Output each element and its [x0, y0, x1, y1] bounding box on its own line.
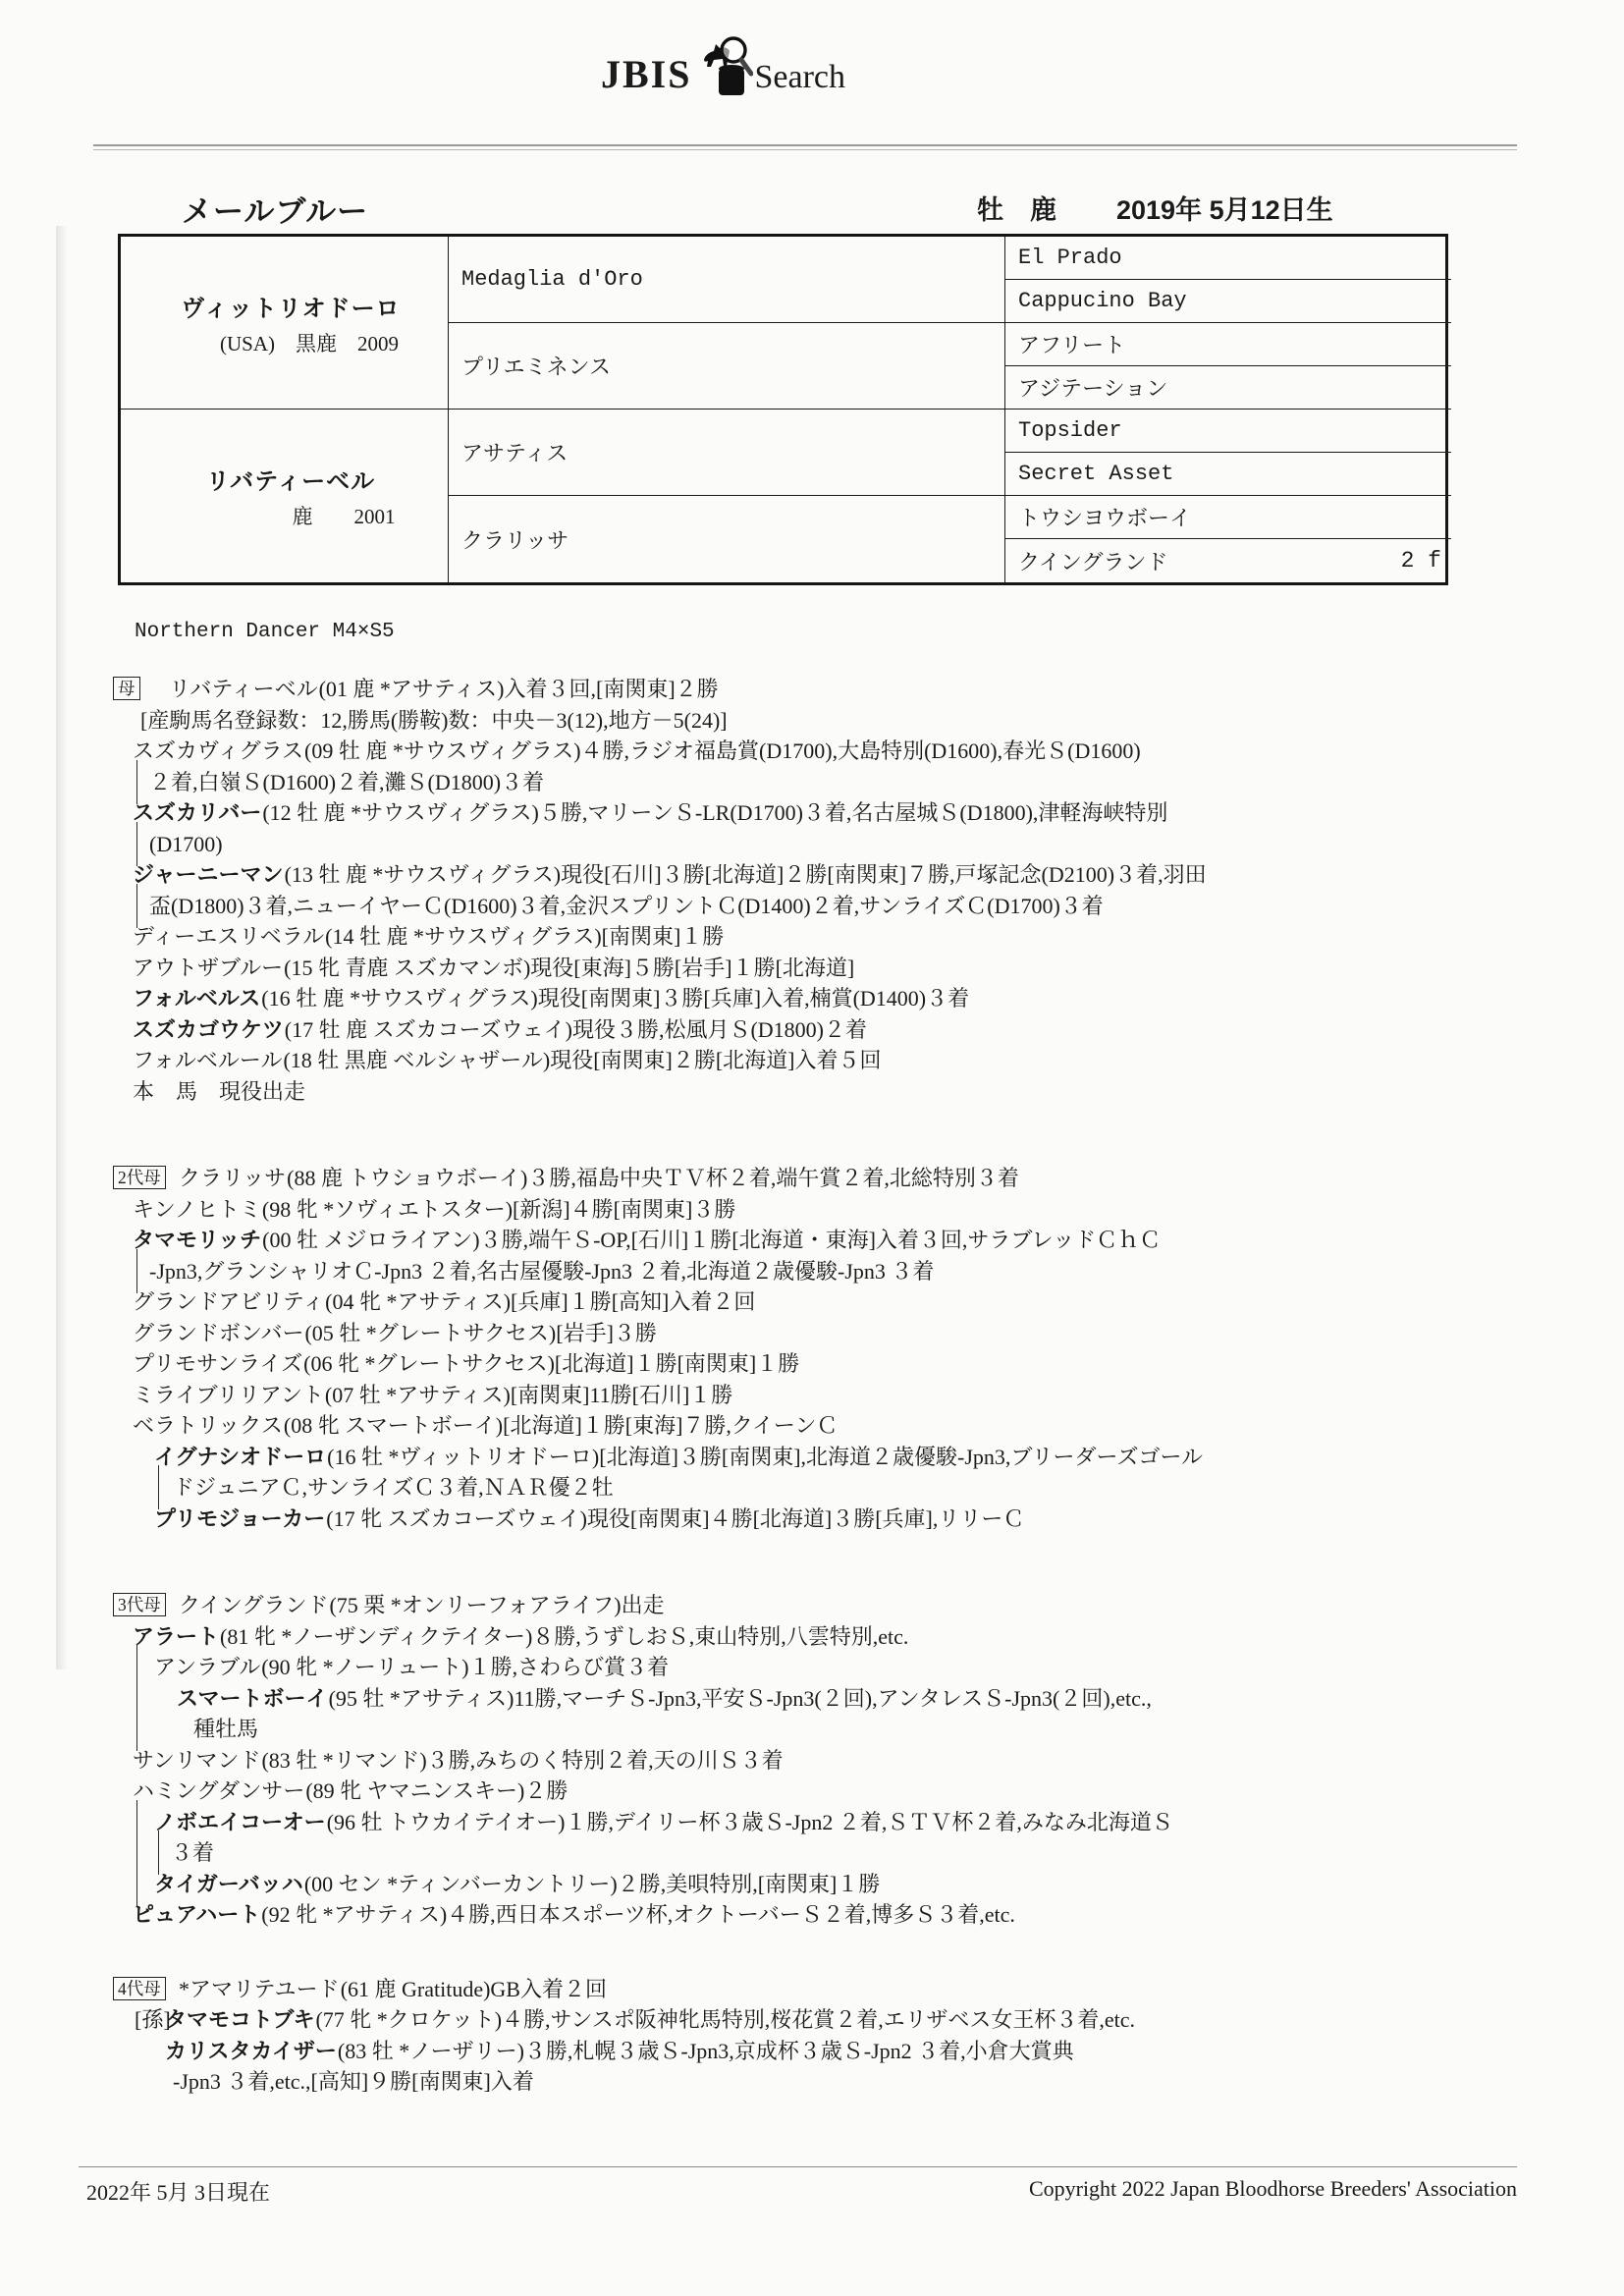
pedigree-section: 母リバティーベル(01 鹿 *アサティス)入着３回,[南関東]２勝[産駒馬名登録… [113, 674, 1605, 1107]
pedigree-section: 2代母クラリッサ(88 鹿 トウショウボーイ)３勝,福島中央ＴＶ杯２着,端午賞２… [113, 1163, 1605, 1534]
as-of-date: 2022年 5月 3日現在 [86, 2176, 270, 2207]
pedigree-line: (D1700) [113, 829, 1605, 860]
race-record: (00 牡 メジロライアン)３勝,端午Ｓ-OP,[石川]１勝[北海道・東海]入着… [262, 1228, 1161, 1252]
pedigree-line: ベラトリックス(08 牝 スマートボーイ)[北海道]１勝[東海]７勝,クイーンＣ [113, 1410, 1605, 1442]
record-continuation: -Jpn3,グランシャリオＣ-Jpn3 ２着,名古屋優駿-Jpn3 ２着,北海道… [149, 1259, 934, 1284]
dam-sire-dam-cell: Secret Asset [1004, 453, 1451, 496]
horse-name: ハミングダンサー [133, 1778, 304, 1803]
race-record: (61 鹿 Gratitude)GB入着２回 [341, 1977, 607, 2001]
pedigree-line: 本 馬 現役出走 [113, 1076, 1605, 1108]
race-record: (13 牡 鹿 *サウスヴィグラス)現役[石川]３勝[北海道]２勝[南関東]７勝… [285, 862, 1207, 887]
horse-name: スマートボーイ [177, 1686, 328, 1711]
pedigree-line: ピュアハート(92 牝 *アサティス)４勝,西日本スポーツ杯,オクトーバーＳ２着… [113, 1899, 1605, 1931]
horse-name: キンノヒトミ [133, 1197, 261, 1222]
record-continuation: 本 馬 現役出走 [133, 1079, 305, 1104]
pedigree-line: ディーエスリベラル(14 牡 鹿 *サウスヴィグラス)[南関東]１勝 [113, 921, 1605, 953]
inbreeding-note: Northern Dancer M4×S5 [135, 621, 395, 643]
record-continuation: [産駒馬名登録数：12,勝馬(勝鞍)数：中央－3(12),地方－5(24)] [140, 708, 728, 733]
grandchild-label: [孫] [135, 2004, 171, 2036]
horse-name: プリモサンライズ [133, 1351, 302, 1376]
pedigree-line: スズカリバー(12 牡 鹿 *サウスヴィグラス)５勝,マリーンＳ-LR(D170… [113, 797, 1605, 829]
sire-sire-sire-cell: El Prado [1004, 237, 1451, 280]
race-record: (07 牡 *アサティス)[南関東]11勝[石川]１勝 [325, 1383, 732, 1407]
race-record: (08 牝 スマートボーイ)[北海道]１勝[東海]７勝,クイーンＣ [284, 1413, 838, 1438]
pedigree-section: 3代母クイングランド(75 栗 *オンリーフォアライフ)出走アラート(81 牝 … [113, 1590, 1605, 1931]
race-record: (95 牡 *アサティス)11勝,マーチＳ-Jpn3,平安Ｓ-Jpn3(２回),… [329, 1686, 1152, 1711]
birth-date-label: 2019年 5月12日生 [1116, 189, 1333, 227]
horse-name: アラート [133, 1624, 219, 1649]
logo-text-jbis: JBIS [601, 55, 692, 96]
sire-cell: ヴィットリオドーロ (USA) 黒鹿 2009 [121, 237, 448, 410]
horse-name: プリモジョーカー [154, 1506, 325, 1531]
horse-name: イグナシオドーロ [154, 1445, 326, 1469]
horse-name: ディーエスリベラル [133, 924, 324, 949]
pedigree-line: ハミングダンサー(89 牝 ヤマニンスキー)２勝 [113, 1776, 1605, 1807]
pedigree-line: 母リバティーベル(01 鹿 *アサティス)入着３回,[南関東]２勝 [113, 674, 1605, 705]
sire-dam-dam-cell: アジテーション [1004, 366, 1451, 410]
horse-name: タマモコトブキ [165, 2007, 314, 2032]
pedigree-line: イグナシオドーロ(16 牡 *ヴィットリオドーロ)[北海道]３勝[南関東],北海… [113, 1442, 1605, 1473]
race-record: (15 牝 青鹿 スズカマンボ)現役[東海]５勝[岩手]１勝[北海道] [284, 956, 854, 980]
pedigree-line: プリモジョーカー(17 牝 スズカコーズウェイ)現役[南関東]４勝[北海道]３勝… [113, 1503, 1605, 1535]
horse-name: フォルベルール [133, 1048, 282, 1072]
record-continuation: 種牡馬 [193, 1717, 258, 1741]
family-number-note: 2 f [1401, 548, 1441, 574]
sex-coat-label: 牡 鹿 [977, 189, 1056, 227]
scan-shadow [56, 226, 68, 1669]
dam-sire-cell: アサティス [448, 410, 1004, 496]
race-record: (83 牡 *ノーザリー)３勝,札幌３歳Ｓ-Jpn3,京成杯３歳Ｓ-Jpn2 ３… [338, 2039, 1074, 2063]
race-record: (18 牡 黒鹿 ベルシャザール)現役[南関東]２勝[北海道]入着５回 [283, 1048, 881, 1072]
horse-name: スズカゴウケツ [133, 1017, 284, 1042]
race-record: (88 鹿 トウショウボーイ)３勝,福島中央ＴＶ杯２着,端午賞２着,北総特別３着 [287, 1166, 1019, 1190]
generation-label: 2代母 [113, 1166, 166, 1189]
page-title-horse-name: メールブルー [182, 187, 368, 231]
horse-name: カリスタカイザー [165, 2039, 337, 2063]
race-record: (12 牡 鹿 *サウスヴィグラス)５勝,マリーンＳ-LR(D1700)３着,名… [262, 800, 1167, 825]
header-rule-bottom [93, 149, 1517, 150]
pedigree-line: スズカゴウケツ(17 牡 鹿 スズカコーズウェイ)現役３勝,松風月Ｓ(D1800… [113, 1014, 1605, 1046]
race-record: (96 牡 トウカイテイオー)１勝,デイリー杯３歳Ｓ-Jpn2 ２着,ＳＴＶ杯２… [327, 1810, 1173, 1834]
pedigree-line: -Jpn3,グランシャリオＣ-Jpn3 ２着,名古屋優駿-Jpn3 ２着,北海道… [113, 1256, 1605, 1287]
race-record: (77 牝 *クロケット)４勝,サンスポ阪神牝馬特別,桜花賞２着,エリザベス女王… [315, 2007, 1135, 2032]
sire-dam-cell: プリエミネンス [448, 323, 1004, 410]
footer-rule [79, 2166, 1517, 2167]
race-record: (17 牝 スズカコーズウェイ)現役[南関東]４勝[北海道]３勝[兵庫],リリー… [326, 1506, 1024, 1531]
horse-name: フォルベルス [133, 986, 260, 1011]
race-record: (16 牡 鹿 *サウスヴィグラス)現役[南関東]３勝[兵庫]入着,楠賞(D14… [261, 986, 969, 1011]
pedigree-line: カリスタカイザー(83 牡 *ノーザリー)３勝,札幌３歳Ｓ-Jpn3,京成杯３歳… [113, 2036, 1605, 2067]
record-continuation: (D1700) [149, 832, 223, 856]
generation-label: 4代母 [113, 1977, 166, 2000]
horse-name: ノボエイコーオー [154, 1810, 326, 1834]
record-continuation: 盃(D1800)３着,ニューイヤーＣ(D1600)３着,金沢スプリントＣ(D14… [149, 894, 1104, 918]
sire-name: ヴィットリオドーロ [181, 289, 400, 323]
record-continuation: ２着,白嶺Ｓ(D1600)２着,灘Ｓ(D1800)３着 [149, 770, 544, 794]
logo-text-search: Search [755, 61, 846, 96]
race-record: (04 牝 *アサティス)[兵庫]１勝[高知]入着２回 [325, 1289, 755, 1314]
race-record: (16 牡 *ヴィットリオドーロ)[北海道]３勝[南関東],北海道２歳優駿-Jp… [327, 1445, 1203, 1469]
pedigree-line: ジャーニーマン(13 牡 鹿 *サウスヴィグラス)現役[石川]３勝[北海道]２勝… [113, 859, 1605, 891]
horse-magnifier-icon [696, 33, 753, 98]
pedigree-line: アラート(81 牝 *ノーザンディクテイター)８勝,うずしおＳ,東山特別,八雲特… [113, 1621, 1605, 1653]
horse-name: *アマリテユード [179, 1977, 340, 2001]
pedigree-table: ヴィットリオドーロ (USA) 黒鹿 2009 リバティーベル 鹿 2001 M… [118, 234, 1448, 585]
pedigree-line: タマモリッチ(00 牡 メジロライアン)３勝,端午Ｓ-OP,[石川]１勝[北海道… [113, 1225, 1605, 1256]
generation-label: 3代母 [113, 1593, 166, 1616]
race-record: (89 牝 ヤマニンスキー)２勝 [305, 1778, 568, 1803]
pedigree-line: サンリマンド(83 牡 *リマンド)３勝,みちのく特別２着,天の川Ｓ３着 [113, 1745, 1605, 1777]
pedigree-line: アウトザブルー(15 牝 青鹿 スズカマンボ)現役[東海]５勝[岩手]１勝[北海… [113, 953, 1605, 984]
race-record: (81 牝 *ノーザンディクテイター)８勝,うずしおＳ,東山特別,八雲特別,et… [220, 1624, 908, 1649]
horse-name: タイガーバッハ [154, 1872, 303, 1896]
horse-name: ピュアハート [133, 1902, 260, 1927]
horse-name: ミライブリリアント [133, 1383, 324, 1407]
horse-name: リバティーベル [169, 677, 318, 701]
pedigree-line: プリモサンライズ(06 牝 *グレートサクセス)[北海道]１勝[南関東]１勝 [113, 1348, 1605, 1380]
horse-name: アウトザブルー [133, 956, 283, 980]
horse-name: スズカリバー [133, 800, 261, 825]
record-continuation: ドジュニアＣ,サンライズＣ３着,ＮＡＲ優２牡 [173, 1475, 614, 1500]
pedigree-line: [産駒馬名登録数：12,勝馬(勝鞍)数：中央－3(12),地方－5(24)] [113, 705, 1605, 737]
sire-dam-sire-cell: アフリート [1004, 323, 1451, 366]
pedigree-line: フォルベルス(16 牡 鹿 *サウスヴィグラス)現役[南関東]３勝[兵庫]入着,… [113, 983, 1605, 1014]
race-record: (98 牝 *ソヴィエトスター)[新潟]４勝[南関東]３勝 [262, 1197, 735, 1222]
pedigree-line: キンノヒトミ(98 牝 *ソヴィエトスター)[新潟]４勝[南関東]３勝 [113, 1194, 1605, 1226]
race-record: (06 牝 *グレートサクセス)[北海道]１勝[南関東]１勝 [303, 1351, 799, 1376]
pedigree-line: ３着 [113, 1837, 1605, 1869]
race-record: (05 牡 *グレートサクセス)[岩手]３勝 [304, 1321, 656, 1345]
pedigree-line: ノボエイコーオー(96 牡 トウカイテイオー)１勝,デイリー杯３歳Ｓ-Jpn2 … [113, 1807, 1605, 1838]
race-record: (75 栗 *オンリーフォアライフ)出走 [329, 1593, 664, 1617]
dam-dam-cell: クラリッサ [448, 496, 1004, 582]
pedigree-line: アンラブル(90 牝 *ノーリュート)１勝,さわらび賞３着 [113, 1652, 1605, 1683]
race-record: (92 牝 *アサティス)４勝,西日本スポーツ杯,オクトーバーＳ２着,博多Ｓ３着… [261, 1902, 1015, 1927]
pedigree-line: 2代母クラリッサ(88 鹿 トウショウボーイ)３勝,福島中央ＴＶ杯２着,端午賞２… [113, 1163, 1605, 1194]
family-sections: 母リバティーベル(01 鹿 *アサティス)入着３回,[南関東]２勝[産駒馬名登録… [113, 674, 1605, 2154]
sire-sire-cell: Medaglia d'Oro [448, 237, 1004, 323]
horse-name: ジャーニーマン [133, 862, 284, 887]
dam-sire-sire-cell: Topsider [1004, 410, 1451, 453]
race-record: (83 牡 *リマンド)３勝,みちのく特別２着,天の川Ｓ３着 [261, 1748, 783, 1773]
race-record: (17 牡 鹿 スズカコーズウェイ)現役３勝,松風月Ｓ(D1800)２着 [285, 1017, 867, 1042]
pedigree-line: ２着,白嶺Ｓ(D1600)２着,灘Ｓ(D1800)３着 [113, 767, 1605, 798]
generation-label: 母 [113, 677, 140, 700]
race-record: (00 セン *ティンバーカントリー)２勝,美唄特別,[南関東]１勝 [304, 1872, 881, 1896]
pedigree-line: フォルベルール(18 牡 黒鹿 ベルシャザール)現役[南関東]２勝[北海道]入着… [113, 1045, 1605, 1076]
sire-sire-dam-cell: Cappucino Bay [1004, 280, 1451, 323]
race-record: (90 牝 *ノーリュート)１勝,さわらび賞３着 [261, 1655, 669, 1679]
pedigree-line: グランドボンバー(05 牡 *グレートサクセス)[岩手]３勝 [113, 1318, 1605, 1349]
sire-detail: (USA) 黒鹿 2009 [220, 328, 399, 357]
pedigree-line: 4代母*アマリテユード(61 鹿 Gratitude)GB入着２回 [113, 1974, 1605, 2005]
pedigree-line: スズカヴィグラス(09 牡 鹿 *サウスヴィグラス)４勝,ラジオ福島賞(D170… [113, 736, 1605, 767]
horse-name: クイングランド [179, 1593, 328, 1617]
header-rule-top [93, 144, 1517, 146]
dam-dam-dam-name: クイングランド [1018, 546, 1167, 576]
race-record: (14 牡 鹿 *サウスヴィグラス)[南関東]１勝 [325, 924, 724, 949]
jbis-search-logo: JBIS Search [601, 33, 845, 96]
race-record: (01 鹿 *アサティス)入着３回,[南関東]２勝 [319, 677, 719, 701]
pedigree-line: -Jpn3 ３着,etc.,[高知]９勝[南関東]入着 [113, 2066, 1605, 2098]
horse-name: ベラトリックス [133, 1413, 283, 1438]
pedigree-line: タイガーバッハ(00 セン *ティンバーカントリー)２勝,美唄特別,[南関東]１… [113, 1869, 1605, 1900]
race-record: (09 牡 鹿 *サウスヴィグラス)４勝,ラジオ福島賞(D1700),大島特別(… [304, 738, 1141, 763]
dam-dam-sire-cell: トウシヨウボーイ [1004, 496, 1451, 539]
horse-name: スズカヴィグラス [133, 738, 303, 763]
pedigree-line: ミライブリリアント(07 牡 *アサティス)[南関東]11勝[石川]１勝 [113, 1380, 1605, 1411]
horse-name: クラリッサ [179, 1166, 286, 1190]
pedigree-line: 3代母クイングランド(75 栗 *オンリーフォアライフ)出走 [113, 1590, 1605, 1621]
copyright-notice: Copyright 2022 Japan Bloodhorse Breeders… [1029, 2176, 1517, 2202]
dam-cell: リバティーベル 鹿 2001 [121, 410, 448, 582]
pedigree-line: 盃(D1800)３着,ニューイヤーＣ(D1600)３着,金沢スプリントＣ(D14… [113, 891, 1605, 922]
dam-name: リバティーベル [206, 462, 375, 496]
record-continuation: -Jpn3 ３着,etc.,[高知]９勝[南関東]入着 [173, 2069, 534, 2094]
pedigree-line: グランドアビリティ(04 牝 *アサティス)[兵庫]１勝[高知]入着２回 [113, 1286, 1605, 1318]
horse-name: アンラブル [154, 1655, 260, 1679]
pedigree-line: 種牡馬 [113, 1714, 1605, 1745]
dam-detail: 鹿 2001 [293, 501, 396, 530]
horse-name: グランドボンバー [133, 1321, 303, 1345]
horse-name: サンリマンド [133, 1748, 260, 1773]
horse-name: グランドアビリティ [133, 1289, 324, 1314]
pedigree-line: スマートボーイ(95 牡 *アサティス)11勝,マーチＳ-Jpn3,平安Ｓ-Jp… [113, 1683, 1605, 1715]
pedigree-line: [孫]タマモコトブキ(77 牝 *クロケット)４勝,サンスポ阪神牝馬特別,桜花賞… [113, 2004, 1605, 2036]
horse-name: タマモリッチ [133, 1228, 261, 1252]
pedigree-line: ドジュニアＣ,サンライズＣ３着,ＮＡＲ優２牡 [113, 1472, 1605, 1503]
pedigree-section: 4代母*アマリテユード(61 鹿 Gratitude)GB入着２回[孫]タマモコ… [113, 1974, 1605, 2098]
title-row: メールブルー 牡 鹿 2019年 5月12日生 [0, 187, 1624, 232]
record-continuation: ３着 [171, 1840, 214, 1865]
dam-dam-dam-cell: クイングランド 2 f [1004, 539, 1451, 582]
